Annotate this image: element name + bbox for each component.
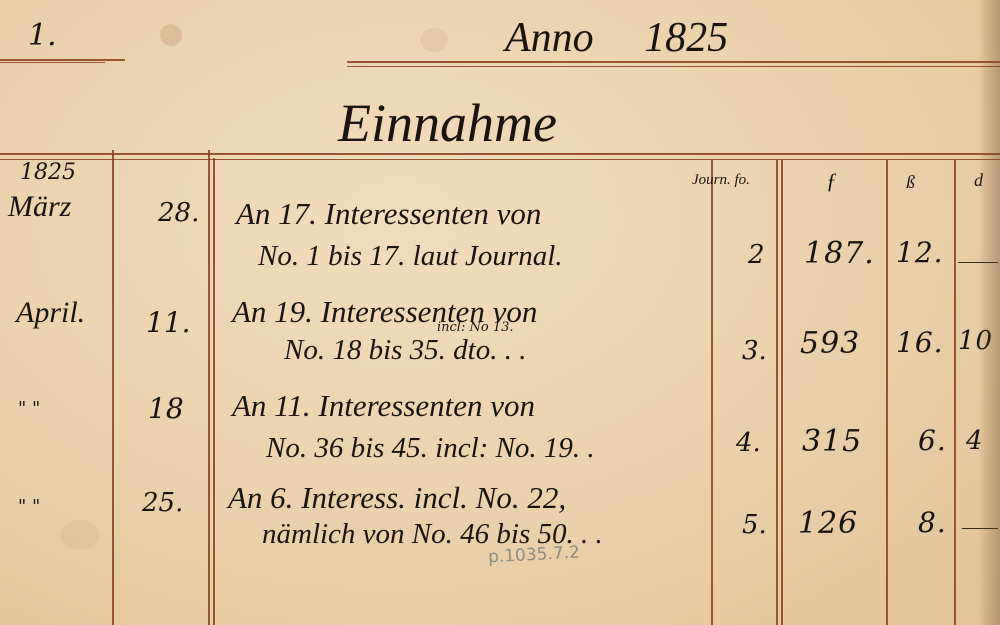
page-title: Einnahme (338, 92, 557, 154)
entry-description-line2: No. 1 bis 17. laut Journal. (258, 240, 563, 273)
column-rule-folio (776, 160, 778, 625)
page-number-rule (0, 59, 125, 61)
entry-amount-main: 187. (804, 236, 875, 271)
column-rule-date (112, 150, 114, 625)
anno-rule (347, 66, 1000, 67)
entry-amount-main: 593 (800, 326, 860, 361)
paper-stain (420, 28, 448, 52)
pencil-reference-note: p.1035.7.2 (488, 543, 581, 568)
year-column-header: 1825 (20, 160, 76, 185)
table-header-rule (0, 159, 1000, 160)
entry-amount-sub: 8. (918, 506, 947, 539)
entry-month: " " (18, 398, 40, 419)
entry-journal-folio: 2 (748, 240, 765, 270)
column-rule-day (208, 150, 210, 625)
ledger-page: 1. Anno 1825 Einnahme 1825 Journ. fo. ƒ … (0, 0, 1000, 625)
entry-journal-folio: 3. (742, 336, 767, 366)
paper-stain (60, 520, 100, 550)
entry-month: April. (16, 296, 85, 330)
journal-folio-header: Journ. fo. (692, 172, 750, 189)
anno-year-heading: Anno 1825 (505, 14, 728, 62)
entry-journal-folio: 4. (736, 428, 761, 458)
currency-main-header: ƒ (826, 168, 837, 194)
entry-day: 18 (148, 392, 184, 425)
column-rule-day-double (213, 158, 215, 625)
entry-amount-sub: 6. (918, 424, 947, 457)
paper-stain (160, 24, 182, 46)
page-number-rule (0, 62, 105, 63)
entry-amount-sub: 16. (896, 326, 944, 359)
entry-amount-main: 315 (802, 424, 862, 459)
column-rule-main (886, 160, 888, 625)
entry-day: 28. (158, 198, 199, 228)
entry-superscript-note: incl: No 13. (437, 320, 514, 335)
entry-description-line1: An 6. Interess. incl. No. 22, (228, 480, 566, 516)
entry-month: " " (18, 496, 40, 517)
entry-description-line2: No. 18 bis 35. dto. . . (284, 334, 527, 367)
entry-description-line2: No. 36 bis 45. incl: No. 19. . (266, 432, 595, 465)
currency-sub-header: ß (906, 172, 915, 193)
entry-journal-folio: 5. (742, 510, 767, 540)
book-spine-shadow (978, 0, 1000, 625)
entry-month: März (8, 190, 71, 224)
entry-day: 25. (142, 488, 183, 518)
column-rule-folio-double (781, 160, 783, 625)
entry-day: 11. (146, 306, 191, 339)
column-rule-description (711, 160, 713, 625)
entry-amount-sub: 12. (896, 236, 944, 269)
column-rule-sub (954, 160, 956, 625)
entry-description-line1: An 11. Interessenten von (232, 388, 535, 424)
entry-amount-main: 126 (798, 506, 858, 541)
page-number: 1. (28, 18, 57, 53)
entry-description-line1: An 17. Interessenten von (236, 196, 541, 232)
